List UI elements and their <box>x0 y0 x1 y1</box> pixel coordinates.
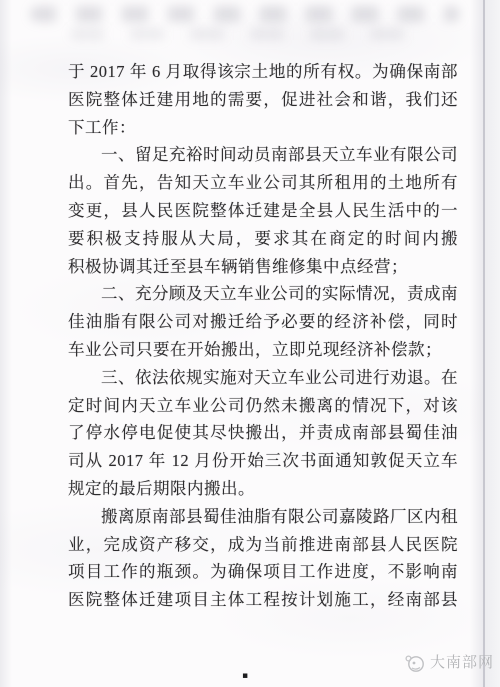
text-line: 司从 2017 年 12 月份开始三次书面通知敦促天立车业公司在 <box>68 447 458 475</box>
page-number-dot: ▪ <box>242 672 248 681</box>
document-body: 于 2017 年 6 月取得该宗土地的所有权。为确保南部县人民医院整体迁建用地的… <box>68 58 458 614</box>
scan-left-edge-shadow <box>0 0 12 687</box>
text-line: 搬离原南部县蜀佳油脂有限公司嘉陵路厂区内租赁企 <box>68 503 458 531</box>
text-line: 下工作： <box>68 114 458 142</box>
paragraph: 于 2017 年 6 月取得该宗土地的所有权。为确保南部县人民医院整体迁建用地的… <box>68 58 458 141</box>
paragraph: 一、留足充裕时间动员南部县天立车业有限公司自动搬出。首先，告知天立车业公司其所租… <box>68 141 458 280</box>
paragraph: 搬离原南部县蜀佳油脂有限公司嘉陵路厂区内租赁企业，完成资产移交，成为当前推进南部… <box>68 503 458 614</box>
text-line: 规定的最后期限内搬出。 <box>68 475 458 503</box>
text-line: 要积极支持服从大局，要求其在商定的时间内搬出，其次， <box>68 225 458 253</box>
watermark: 大南部网 <box>404 653 494 673</box>
text-line: 于 2017 年 6 月取得该宗土地的所有权。为确保南部县人民 <box>68 58 458 86</box>
scan-right-edge-shadow <box>470 0 484 687</box>
paragraph: 二、充分顾及天立车业公司的实际情况，责成南部县蜀佳油脂有限公司对搬迁给予必要的经… <box>68 280 458 363</box>
text-line: 医院整体迁建用地的需要，促进社会和谐，我们还开展了以 <box>68 86 458 114</box>
text-line: 二、充分顾及天立车业公司的实际情况，责成南部县蜀 <box>68 280 458 308</box>
page-bleedthrough-top <box>30 6 460 22</box>
text-line: 三、依法依规实施对天立车业公司进行劝退。在双方商 <box>68 364 458 392</box>
text-line: 积极协调其迁至县车辆销售维修集中点经营； <box>68 253 458 281</box>
scanned-document-page: 于 2017 年 6 月取得该宗土地的所有权。为确保南部县人民医院整体迁建用地的… <box>0 0 500 687</box>
text-line: 出。首先，告知天立车业公司其所租用的土地所有权已发生 <box>68 169 458 197</box>
paragraph: 三、依法依规实施对天立车业公司进行劝退。在双方商定时间内天立车业公司仍然未搬离的… <box>68 364 458 503</box>
page-bleedthrough-top-2 <box>70 28 430 40</box>
scan-background-strip <box>485 0 500 687</box>
watermark-site-name: 大南部网 <box>430 654 494 672</box>
text-line: 医院整体迁建项目主体工程按计划施工，经南部县蜀佳油脂 <box>68 586 458 614</box>
panda-logo-icon <box>404 653 426 673</box>
text-line: 佳油脂有限公司对搬迁给予必要的经济补偿，同时告知天立 <box>68 308 458 336</box>
text-line: 了停水停电促使其尽快搬出，并责成南部县蜀佳油脂有限公 <box>68 419 458 447</box>
text-line: 业，完成资产移交，成为当前推进南部县人民医院整体迁建 <box>68 531 458 559</box>
text-line: 一、留足充裕时间动员南部县天立车业有限公司自动搬 <box>68 141 458 169</box>
text-line: 车业公司只要在开始搬出，立即兑现经济补偿款； <box>68 336 458 364</box>
text-line: 变更，县人民医院整体迁建是全县人民生活中的一件大事， <box>68 197 458 225</box>
text-line: 定时间内天立车业公司仍然未搬离的情况下，对该公司进行 <box>68 392 458 420</box>
text-line: 项目工作的瓶颈。为确保项目工作进度，不影响南部县人民 <box>68 558 458 586</box>
